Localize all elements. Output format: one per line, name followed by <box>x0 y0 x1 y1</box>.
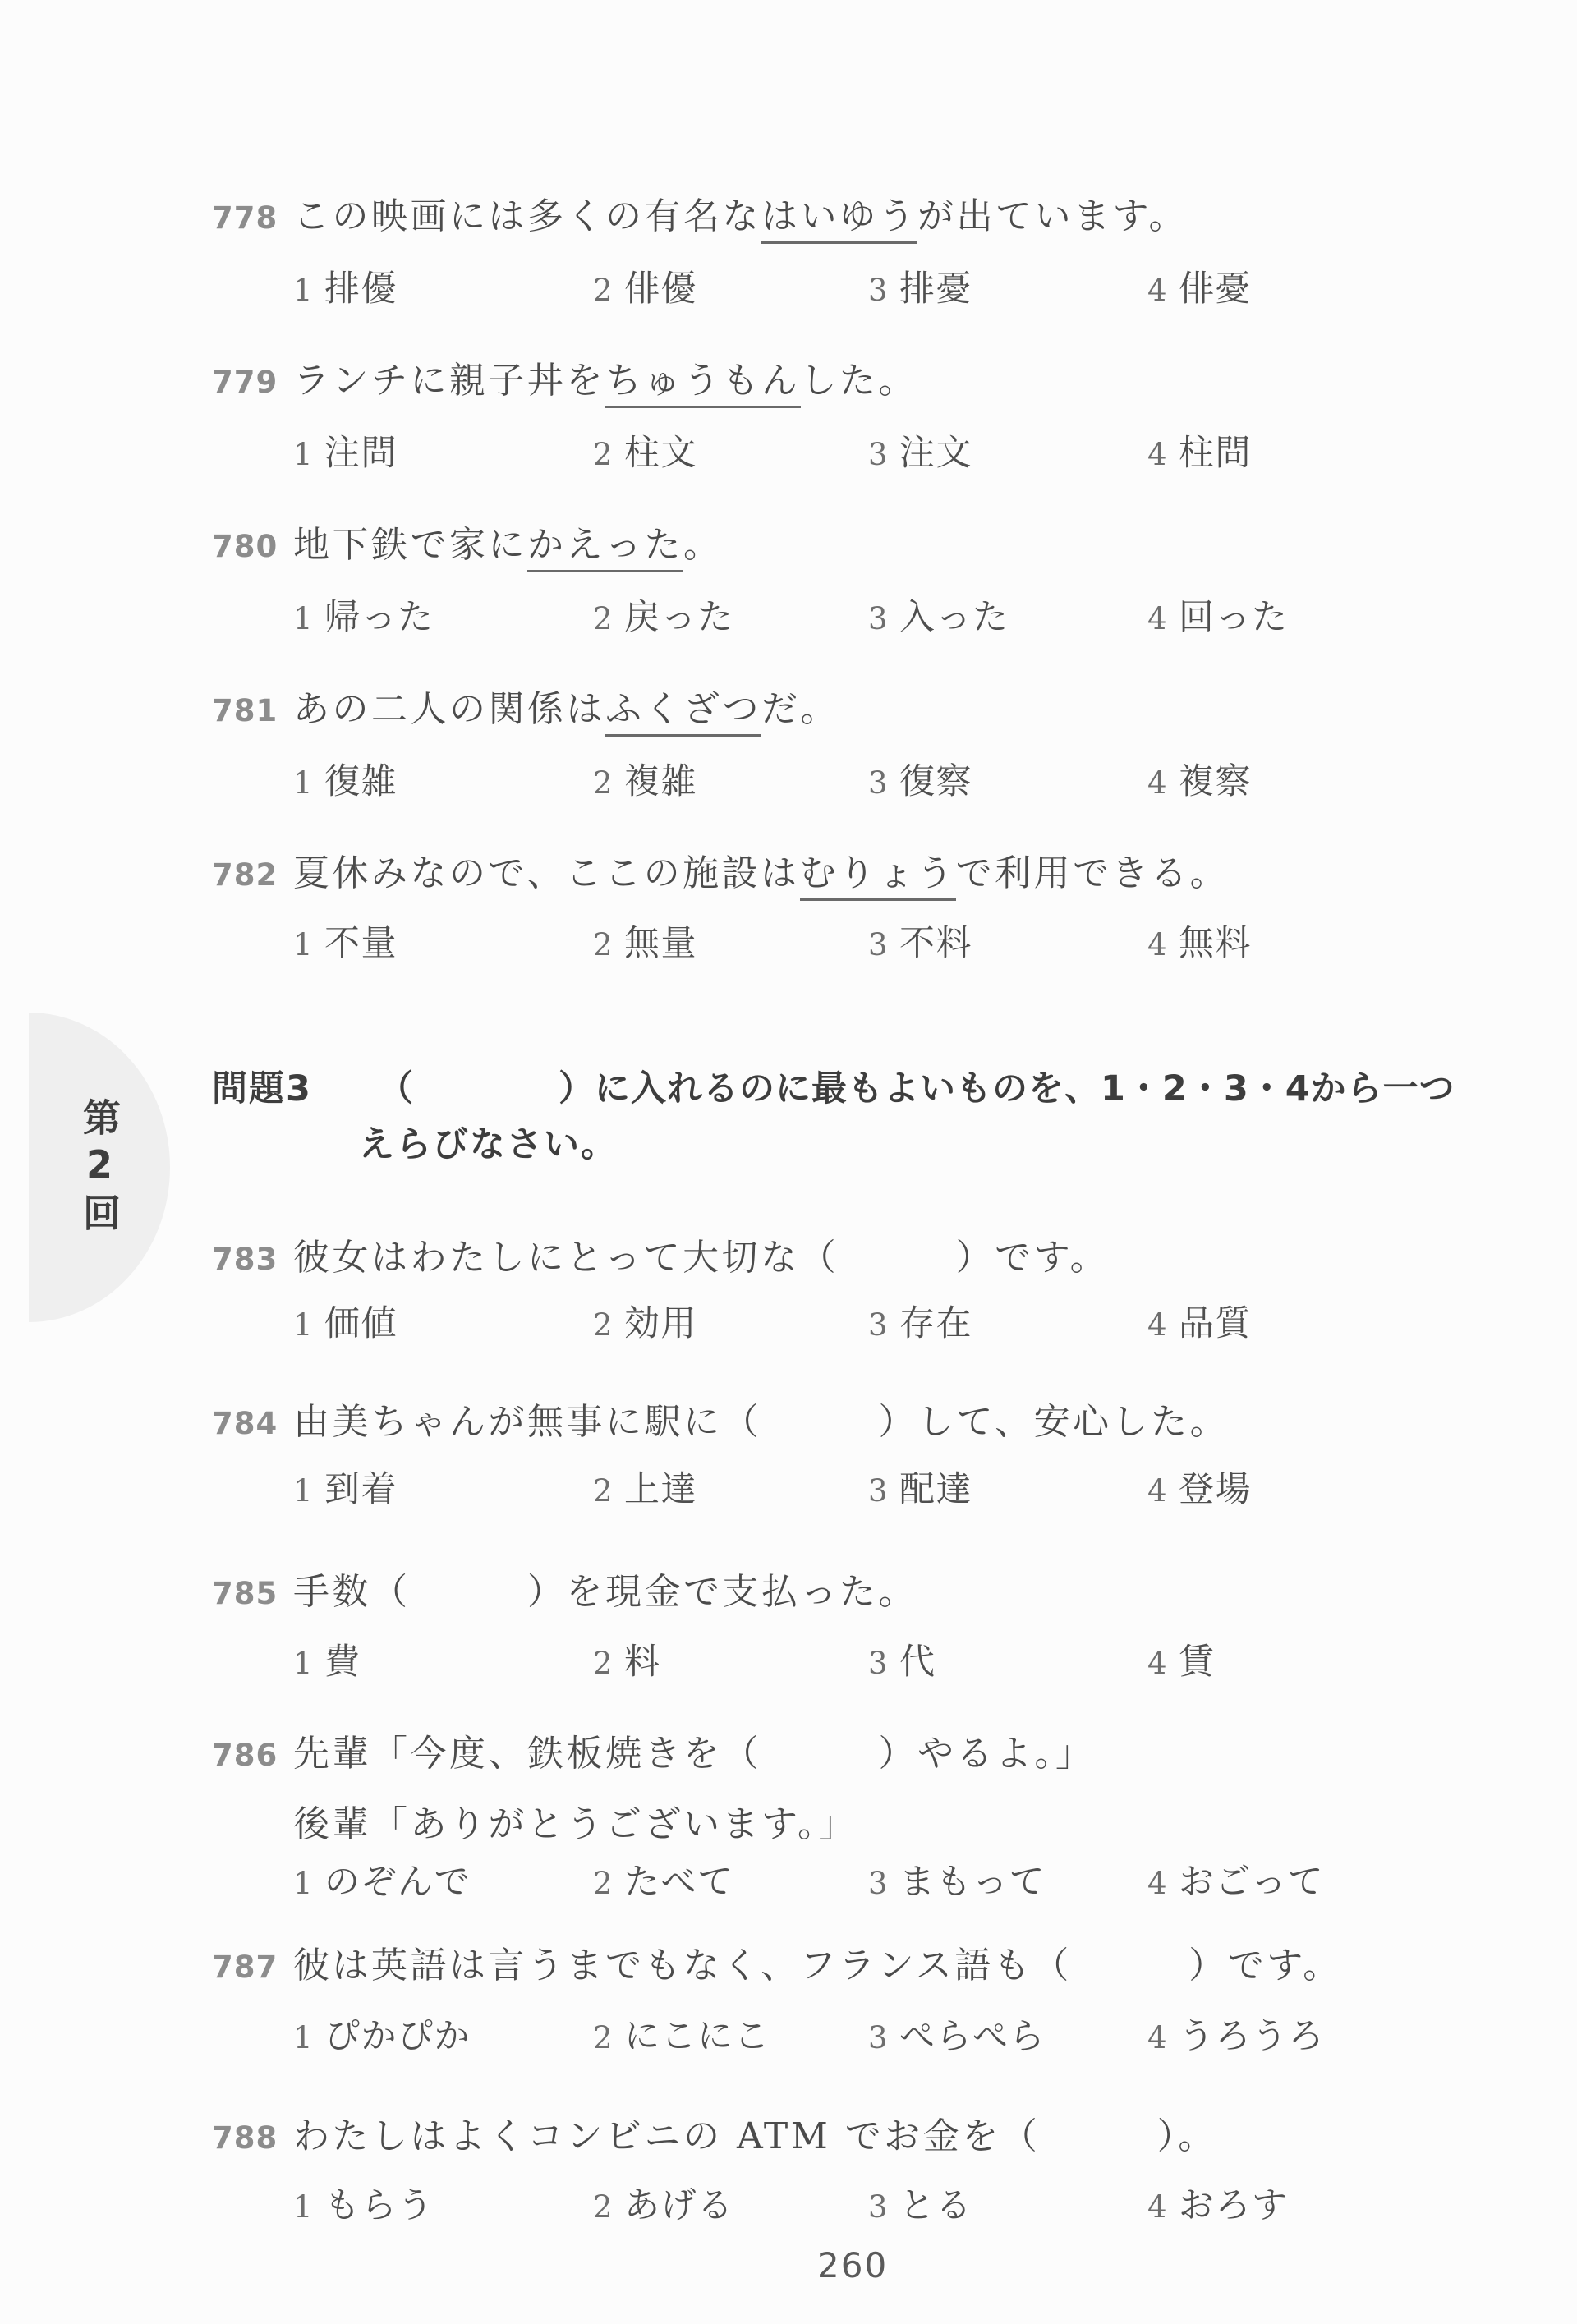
options-row-787: 1ぴかぴか 2にこにこ 3ぺらぺら 4うろうろ <box>293 2009 1325 2059</box>
option-number: 1 <box>293 765 324 801</box>
question-785: 785手数（ ）を現金で支払った。 <box>212 1573 917 1612</box>
option-1: 1価値 <box>293 1296 593 1346</box>
option-label: 復雑 <box>324 754 398 804</box>
option-1: 1ぴかぴか <box>293 2009 593 2059</box>
question-780: 780地下鉄で家にかえった。 <box>212 526 723 565</box>
option-label: うろうろ <box>1179 2009 1325 2059</box>
question-number: 784 <box>212 1408 293 1441</box>
section3-header: 問題3（ ）に入れるのに最もよいものを、1・2・3・4から一つ <box>212 1061 1455 1111</box>
option-3: 3不料 <box>868 916 1147 966</box>
option-label: 効用 <box>624 1296 697 1346</box>
option-label: 帰った <box>324 590 434 640</box>
option-3: 3復察 <box>868 754 1147 804</box>
option-label: 登場 <box>1179 1462 1252 1512</box>
question-779: 779ランチに親子丼をちゅうもんした。 <box>212 361 917 401</box>
option-number: 2 <box>593 601 624 636</box>
option-2: 2料 <box>593 1634 868 1684</box>
question-text: 先輩「今度、鉄板焼きを（ ）やるよ。」 <box>293 1733 1095 1775</box>
option-label: 存在 <box>899 1296 972 1346</box>
option-2: 2柱文 <box>593 425 868 475</box>
options-row-781: 1復雑 2複雑 3復察 4複察 <box>293 754 1252 804</box>
option-label: おごって <box>1179 1854 1324 1904</box>
option-number: 1 <box>293 927 324 962</box>
question-text: あの二人の関係は <box>293 688 605 730</box>
question-number: 781 <box>212 695 293 728</box>
option-label: 回った <box>1179 590 1289 640</box>
option-2: 2上達 <box>593 1462 868 1512</box>
option-1: 1不量 <box>293 916 593 966</box>
option-3: 3配達 <box>868 1462 1147 1512</box>
option-3: 3とる <box>868 2178 1147 2228</box>
options-row-786: 1のぞんで 2たべて 3まもって 4おごって <box>293 1854 1324 1904</box>
option-label: 複雑 <box>624 754 697 804</box>
option-1: 1排優 <box>293 261 593 311</box>
option-1: 1帰った <box>293 590 593 640</box>
question-number: 778 <box>212 202 293 236</box>
question-782: 782夏休みなので、ここの施設はむりょうで利用できる。 <box>212 854 1229 893</box>
option-1: 1費 <box>293 1634 593 1684</box>
option-label: 俳優 <box>624 261 697 311</box>
option-label: 価値 <box>324 1296 398 1346</box>
question-787: 787彼は英語は言うまでもなく、フランス語も（ ）です。 <box>212 1946 1342 1986</box>
option-3: 3ぺらぺら <box>868 2009 1147 2059</box>
option-label: 入った <box>899 590 1009 640</box>
option-4: 4登場 <box>1147 1462 1252 1512</box>
underlined-term: ちゅうもん <box>605 360 801 408</box>
option-1: 1のぞんで <box>293 1854 593 1904</box>
option-number: 4 <box>1147 601 1179 636</box>
round-2-tab-label: 第2回 <box>80 1098 118 1238</box>
option-number: 2 <box>593 1646 624 1681</box>
option-number: 4 <box>1147 927 1179 962</box>
option-3: 3注文 <box>868 425 1147 475</box>
underlined-term: むりょう <box>800 852 956 901</box>
scanned-test-page: 第2回 778この映画には多くの有名なはいゆうが出ています。 1排優 2俳優 3… <box>0 0 1577 2324</box>
option-number: 2 <box>593 1473 624 1509</box>
option-number: 4 <box>1147 273 1179 308</box>
question-number: 786 <box>212 1739 293 1773</box>
option-2: 2無量 <box>593 916 868 966</box>
options-row-778: 1排優 2俳優 3排憂 4俳憂 <box>293 261 1252 311</box>
option-number: 3 <box>868 765 899 801</box>
option-4: 4無料 <box>1147 916 1252 966</box>
option-number: 3 <box>868 601 899 636</box>
option-number: 2 <box>593 273 624 308</box>
option-label: とる <box>899 2178 972 2228</box>
section3-label: 問題3 <box>212 1061 378 1111</box>
question-text-post: で利用できる。 <box>956 852 1230 894</box>
options-row-785: 1費 2料 3代 4賃 <box>293 1634 1216 1684</box>
option-number: 1 <box>293 2020 324 2055</box>
question-text-post: した。 <box>801 360 918 402</box>
option-number: 2 <box>593 2020 624 2055</box>
option-1: 1注問 <box>293 425 593 475</box>
question-text: わたしはよくコンビニの ATM でお金を（ ）。 <box>293 2115 1217 2157</box>
option-number: 2 <box>593 927 624 962</box>
option-number: 4 <box>1147 1307 1179 1343</box>
option-label: あげる <box>624 2178 734 2228</box>
option-label: 無量 <box>624 916 697 966</box>
option-label: 品質 <box>1179 1296 1252 1346</box>
option-label: 俳憂 <box>1179 261 1252 311</box>
option-4: 4複察 <box>1147 754 1252 804</box>
option-label: 戻った <box>624 590 734 640</box>
option-number: 1 <box>293 273 324 308</box>
option-number: 3 <box>868 1866 899 1901</box>
underlined-term: はいゆう <box>761 195 917 244</box>
option-number: 1 <box>293 1473 324 1509</box>
question-781: 781あの二人の関係はふくざつだ。 <box>212 690 839 729</box>
option-number: 3 <box>868 927 899 962</box>
option-label: 賃 <box>1179 1634 1216 1684</box>
question-number: 782 <box>212 859 293 893</box>
option-label: 排優 <box>324 261 398 311</box>
options-row-788: 1もらう 2あげる 3とる 4おろす <box>293 2178 1289 2228</box>
option-number: 2 <box>593 2189 624 2225</box>
question-text-post: 。 <box>683 524 723 566</box>
option-label: まもって <box>899 1854 1046 1904</box>
option-3: 3存在 <box>868 1296 1147 1346</box>
question-text: 手数（ ）を現金で支払った。 <box>293 1571 917 1613</box>
option-1: 1復雑 <box>293 754 593 804</box>
option-2: 2にこにこ <box>593 2009 868 2059</box>
option-number: 4 <box>1147 1646 1179 1681</box>
option-label: 上達 <box>624 1462 697 1512</box>
option-number: 2 <box>593 437 624 472</box>
option-label: 不料 <box>899 916 972 966</box>
option-4: 4俳憂 <box>1147 261 1252 311</box>
option-4: 4うろうろ <box>1147 2009 1325 2059</box>
question-text: 彼女はわたしにとって大切な（ ）です。 <box>293 1237 1109 1279</box>
option-label: ぺらぺら <box>899 2009 1046 2059</box>
option-3: 3排憂 <box>868 261 1147 311</box>
option-label: にこにこ <box>624 2009 770 2059</box>
option-label: たべて <box>624 1854 734 1904</box>
option-label: 注文 <box>899 425 972 475</box>
option-4: 4おろす <box>1147 2178 1289 2228</box>
option-number: 4 <box>1147 437 1179 472</box>
question-784: 784由美ちゃんが無事に駅に（ ）して、安心した。 <box>212 1403 1229 1442</box>
option-number: 2 <box>593 1866 624 1901</box>
question-786: 786先輩「今度、鉄板焼きを（ ）やるよ。」 <box>212 1734 1095 1774</box>
option-label: 柱問 <box>1179 425 1252 475</box>
option-label: おろす <box>1179 2178 1289 2228</box>
option-2: 2複雑 <box>593 754 868 804</box>
question-text: ランチに親子丼を <box>293 360 605 402</box>
option-number: 4 <box>1147 1866 1179 1901</box>
option-4: 4賃 <box>1147 1634 1216 1684</box>
option-number: 3 <box>868 1307 899 1343</box>
options-row-780: 1帰った 2戻った 3入った 4回った <box>293 590 1289 640</box>
option-1: 1到着 <box>293 1462 593 1512</box>
option-label: 排憂 <box>899 261 972 311</box>
round-2-side-tab: 第2回 <box>29 1013 170 1322</box>
option-label: もらう <box>324 2178 434 2228</box>
option-number: 3 <box>868 2189 899 2225</box>
option-label: 料 <box>624 1634 661 1684</box>
option-3: 3入った <box>868 590 1147 640</box>
option-number: 1 <box>293 1646 324 1681</box>
option-label: 配達 <box>899 1462 972 1512</box>
option-number: 3 <box>868 2020 899 2055</box>
question-786-line2: 後輩「ありがとうございます。」 <box>293 1794 857 1847</box>
question-text: 彼は英語は言うまでもなく、フランス語も（ ）です。 <box>293 1945 1342 1986</box>
question-text: 由美ちゃんが無事に駅に（ ）して、安心した。 <box>293 1401 1229 1443</box>
option-label: 不量 <box>324 916 398 966</box>
option-number: 3 <box>868 1473 899 1509</box>
question-text: 地下鉄で家に <box>293 524 527 566</box>
option-label: 無料 <box>1179 916 1252 966</box>
option-number: 1 <box>293 437 324 472</box>
question-number: 783 <box>212 1243 293 1277</box>
section3-instruction: （ ）に入れるのに最もよいものを、1・2・3・4から一つ <box>378 1068 1455 1109</box>
option-label: のぞんで <box>324 1854 471 1904</box>
question-text: この映画には多くの有名な <box>293 195 761 237</box>
question-number: 780 <box>212 530 293 564</box>
option-number: 1 <box>293 1866 324 1901</box>
option-number: 3 <box>868 437 899 472</box>
option-number: 3 <box>868 273 899 308</box>
option-number: 4 <box>1147 1473 1179 1509</box>
section3-instruction-line2: えらびなさい。 <box>359 1117 618 1167</box>
option-number: 4 <box>1147 765 1179 801</box>
option-3: 3まもって <box>868 1854 1147 1904</box>
option-label: 費 <box>324 1634 361 1684</box>
question-number: 788 <box>212 2122 293 2156</box>
option-2: 2効用 <box>593 1296 868 1346</box>
option-2: 2戻った <box>593 590 868 640</box>
option-label: 復察 <box>899 754 972 804</box>
option-label: 柱文 <box>624 425 697 475</box>
question-783: 783彼女はわたしにとって大切な（ ）です。 <box>212 1238 1109 1278</box>
question-text: 夏休みなので、ここの施設は <box>293 852 800 894</box>
options-row-782: 1不量 2無量 3不料 4無料 <box>293 916 1252 966</box>
option-4: 4柱問 <box>1147 425 1252 475</box>
underlined-term: ふくざつ <box>605 688 761 737</box>
question-number: 785 <box>212 1578 293 1611</box>
option-number: 1 <box>293 601 324 636</box>
option-number: 1 <box>293 1307 324 1343</box>
question-text-post: だ。 <box>761 688 839 730</box>
option-number: 1 <box>293 2189 324 2225</box>
option-number: 2 <box>593 1307 624 1343</box>
option-number: 4 <box>1147 2020 1179 2055</box>
question-number: 787 <box>212 1951 293 1985</box>
option-4: 4回った <box>1147 590 1289 640</box>
options-row-784: 1到着 2上達 3配達 4登場 <box>293 1462 1252 1512</box>
option-label: ぴかぴか <box>324 2009 471 2059</box>
option-1: 1もらう <box>293 2178 593 2228</box>
option-label: 複察 <box>1179 754 1252 804</box>
option-number: 4 <box>1147 2189 1179 2225</box>
question-788: 788わたしはよくコンビニの ATM でお金を（ ）。 <box>212 2117 1217 2156</box>
option-2: 2俳優 <box>593 261 868 311</box>
options-row-783: 1価値 2効用 3存在 4品質 <box>293 1296 1252 1346</box>
option-2: 2たべて <box>593 1854 868 1904</box>
option-label: 注問 <box>324 425 398 475</box>
question-number: 779 <box>212 366 293 400</box>
question-text-post: が出ています。 <box>917 195 1188 237</box>
option-3: 3代 <box>868 1634 1147 1684</box>
option-number: 3 <box>868 1646 899 1681</box>
option-4: 4おごって <box>1147 1854 1324 1904</box>
underlined-term: かえった <box>527 524 683 572</box>
option-label: 到着 <box>324 1462 398 1512</box>
option-2: 2あげる <box>593 2178 868 2228</box>
option-number: 2 <box>593 765 624 801</box>
page-number: 260 <box>817 2245 888 2285</box>
option-label: 代 <box>899 1634 936 1684</box>
question-778: 778この映画には多くの有名なはいゆうが出ています。 <box>212 197 1188 237</box>
options-row-779: 1注問 2柱文 3注文 4柱問 <box>293 425 1252 475</box>
option-4: 4品質 <box>1147 1296 1252 1346</box>
